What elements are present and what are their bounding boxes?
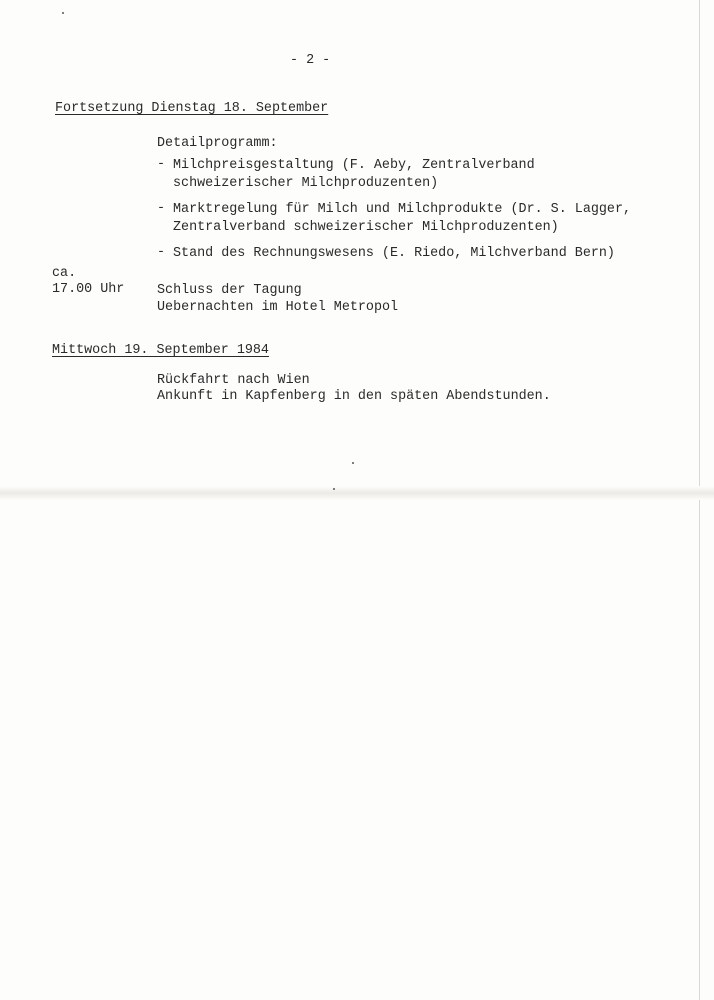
closing-line: Uebernachten im Hotel Metropol <box>157 299 398 316</box>
closing-lines: Schluss der Tagung Uebernachten im Hotel… <box>157 282 398 316</box>
speck <box>333 488 335 490</box>
item-line: Zentralverband schweizerischer Milchprod… <box>173 219 631 237</box>
page-number: - 2 - <box>290 53 330 68</box>
program-item: - Stand des Rechnungswesens (E. Riedo, M… <box>157 245 631 263</box>
program-item: - Milchpreisgestaltung (F. Aeby, Zentral… <box>157 157 631 193</box>
bullet: - <box>157 201 173 237</box>
item-line: Marktregelung für Milch und Milchprodukt… <box>173 201 631 219</box>
program-item-list: - Milchpreisgestaltung (F. Aeby, Zentral… <box>157 157 631 271</box>
wednesday-line: Rückfahrt nach Wien <box>157 373 551 389</box>
item-line: Stand des Rechnungswesens (E. Riedo, Mil… <box>173 245 615 263</box>
bullet: - <box>157 245 173 263</box>
wednesday-lines: Rückfahrt nach Wien Ankunft in Kapfenber… <box>157 373 551 405</box>
bullet: - <box>157 157 173 193</box>
item-line: schweizerischer Milchproduzenten) <box>173 175 535 193</box>
page-edge <box>699 0 700 1000</box>
time-label: 17.00 Uhr <box>52 282 124 297</box>
item-line: Milchpreisgestaltung (F. Aeby, Zentralve… <box>173 157 535 175</box>
paper-fold <box>0 486 714 500</box>
speck <box>352 462 354 464</box>
wednesday-line: Ankunft in Kapfenberg in den späten Aben… <box>157 389 551 405</box>
detail-program-title: Detailprogramm: <box>157 136 278 151</box>
closing-line: Schluss der Tagung <box>157 282 398 299</box>
speck <box>62 12 64 14</box>
section-heading-wednesday: Mittwoch 19. September 1984 <box>52 343 269 358</box>
section-heading-tuesday: Fortsetzung Dienstag 18. September <box>55 101 328 116</box>
program-item: - Marktregelung für Milch und Milchprodu… <box>157 201 631 237</box>
time-prefix: ca. <box>52 265 76 282</box>
